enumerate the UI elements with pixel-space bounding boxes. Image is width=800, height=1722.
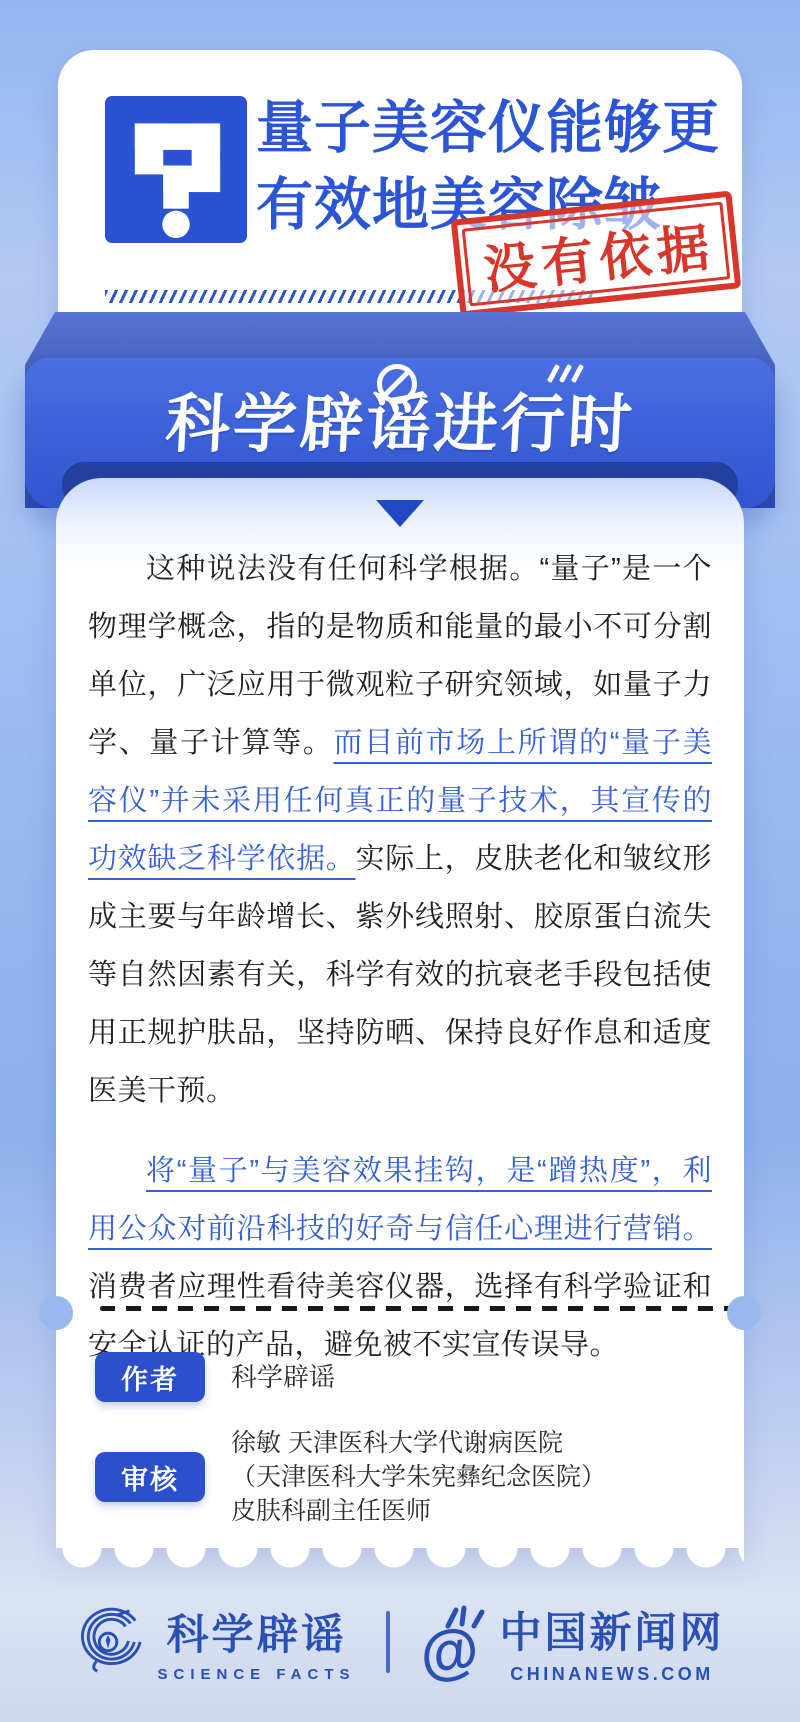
verdict-stamp-inner-border: 没有依据 [462, 202, 731, 307]
para2-highlight: 将“量子”与美容效果挂钩，是“蹭热度”，利用公众对前沿科技的好奇与信任心理进行营… [88, 1155, 712, 1245]
para2-text: 消费者应理性看待美容仪器，选择有科学验证和安全认证的产品，避免被不实宣传误导。 [88, 1271, 712, 1361]
science-facts-logo: 科学辟谣 SCIENCE FACTS [75, 1602, 355, 1683]
article-body: 这种说法没有任何科学根据。“量子”是一个物理学概念，指的是物质和能量的最小不可分… [88, 540, 712, 1374]
science-facts-logo-text: 科学辟谣 SCIENCE FACTS [157, 1602, 355, 1683]
chinanews-cn: 中国新闻网 [500, 1600, 725, 1660]
paragraph-1: 这种说法没有任何科学根据。“量子”是一个物理学概念，指的是物质和能量的最小不可分… [88, 540, 712, 1120]
science-facts-swirl-icon [75, 1604, 145, 1681]
down-triangle-icon [376, 500, 424, 527]
at-glyph: @ [416, 1618, 482, 1686]
para1-text2: 实际上，皮肤老化和皱纹形成主要与年龄增长、紫外线照射、胶原蛋白流失等自然因素有关… [88, 843, 712, 1107]
footer: 科学辟谣 SCIENCE FACTS @ 中国新闻网 CHINANEWS.COM [0, 1596, 800, 1688]
author-badge: 作者 [95, 1352, 205, 1402]
science-facts-en: SCIENCE FACTS [157, 1666, 355, 1683]
ticket-notch-left [39, 1296, 73, 1330]
reviewer-line1: 徐敏 天津医科大学代谢病医院 [231, 1426, 606, 1460]
paragraph-2: 将“量子”与美容效果挂钩，是“蹭热度”，利用公众对前沿科技的好奇与信任心理进行营… [88, 1142, 712, 1374]
science-debunk-poster: 量子美容仪能够更 有效地美容除皱 没有依据 科学辟谣进行时 这种说法没有任何科学… [0, 0, 800, 1722]
author-row: 作者 科学辟谣 [95, 1352, 335, 1402]
scalloped-edge [56, 1548, 744, 1573]
reviewer-row: 审核 徐敏 天津医科大学代谢病医院 （天津医科大学朱宪彝纪念医院） 皮肤科副主任… [95, 1426, 606, 1528]
reviewer-badge: 审核 [95, 1452, 205, 1502]
content-card: 这种说法没有任何科学根据。“量子”是一个物理学概念，指的是物质和能量的最小不可分… [56, 478, 744, 1548]
chinanews-logo-text: 中国新闻网 CHINANEWS.COM [500, 1600, 725, 1685]
chinanews-at-icon: @ [420, 1604, 488, 1680]
dashed-divider [100, 1306, 734, 1311]
verdict-stamp-text: 没有依据 [474, 204, 719, 303]
question-mark-icon [105, 96, 247, 243]
reviewer-line2: （天津医科大学朱宪彝纪念医院） [231, 1460, 606, 1494]
claim-title-line1: 量子美容仪能够更 [256, 90, 726, 167]
chinanews-logo: @ 中国新闻网 CHINANEWS.COM [420, 1600, 725, 1685]
author-value: 科学辟谣 [231, 1352, 335, 1402]
footer-logo-divider [386, 1611, 390, 1673]
science-facts-cn: 科学辟谣 [166, 1602, 346, 1662]
prohibition-icon [377, 364, 417, 404]
speed-lines-decoration [551, 364, 580, 383]
reviewer-value: 徐敏 天津医科大学代谢病医院 （天津医科大学朱宪彝纪念医院） 皮肤科副主任医师 [231, 1426, 606, 1528]
chinanews-en: CHINANEWS.COM [510, 1664, 714, 1685]
ticket-notch-right [727, 1296, 761, 1330]
reviewer-line3: 皮肤科副主任医师 [231, 1494, 606, 1528]
